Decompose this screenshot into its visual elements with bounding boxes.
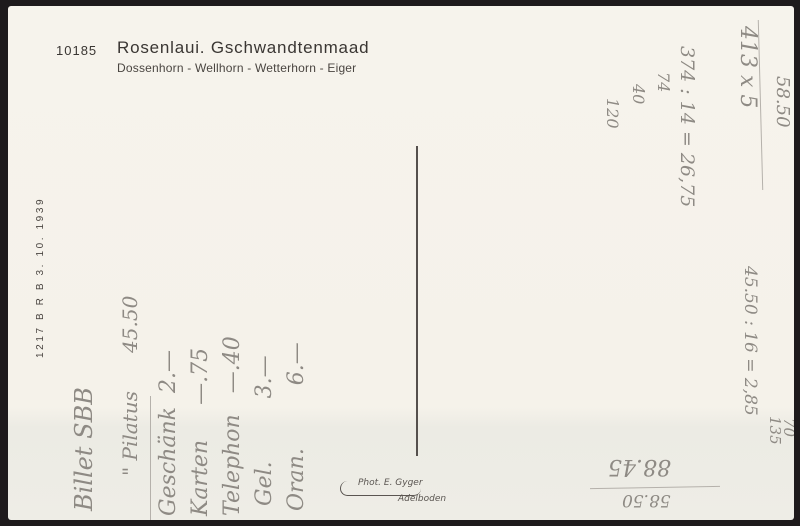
photographer-stamp-name: Phot. E. Gyger xyxy=(358,478,423,488)
handwritten-line: Oran. 6.— xyxy=(284,342,309,511)
address-divider-line xyxy=(416,146,418,456)
handwritten-calc: 45.50 : 16 = 2,85 xyxy=(740,266,760,416)
postcard-back: 10185 Rosenlaui. Gschwandtenmaad Dossenh… xyxy=(8,6,794,520)
pencil-underline xyxy=(150,396,151,520)
handwritten-calc: 374 : 14 = 26,75 xyxy=(676,46,698,207)
catalog-number: 10185 xyxy=(56,43,97,58)
handwritten-sum: 58.50 xyxy=(622,490,671,510)
handwritten-calc: 40 xyxy=(629,84,648,104)
handwritten-line: Billet SBB xyxy=(70,387,98,511)
handwritten-sum: 88.45 xyxy=(608,454,671,479)
handwritten-calc: 74 xyxy=(654,72,673,92)
handwritten-calc: 58.50 xyxy=(772,76,793,128)
handwritten-line: Geschänk 2.— xyxy=(156,350,181,516)
handwritten-calc: 70 xyxy=(780,418,794,437)
postcard-subtitle: Dossenhorn - Wellhorn - Wetterhorn - Eig… xyxy=(117,61,356,75)
handwritten-calc: 413 x 5 xyxy=(735,26,760,108)
pencil-sum-rule xyxy=(590,486,720,489)
handwritten-line: Telephon —.40 xyxy=(220,336,245,516)
print-date-code: 1217 B R B 3. 10. 1939 xyxy=(35,197,46,358)
handwritten-calc: 120 xyxy=(603,98,622,129)
photographer-stamp-place: Adelboden xyxy=(398,494,446,504)
postcard-title: Rosenlaui. Gschwandtenmaad xyxy=(117,38,369,58)
handwritten-line: " Pilatus 45.50 xyxy=(118,296,142,476)
handwritten-line: Gel. 3.— xyxy=(252,355,277,506)
handwritten-line: Karten —.75 xyxy=(188,348,213,516)
